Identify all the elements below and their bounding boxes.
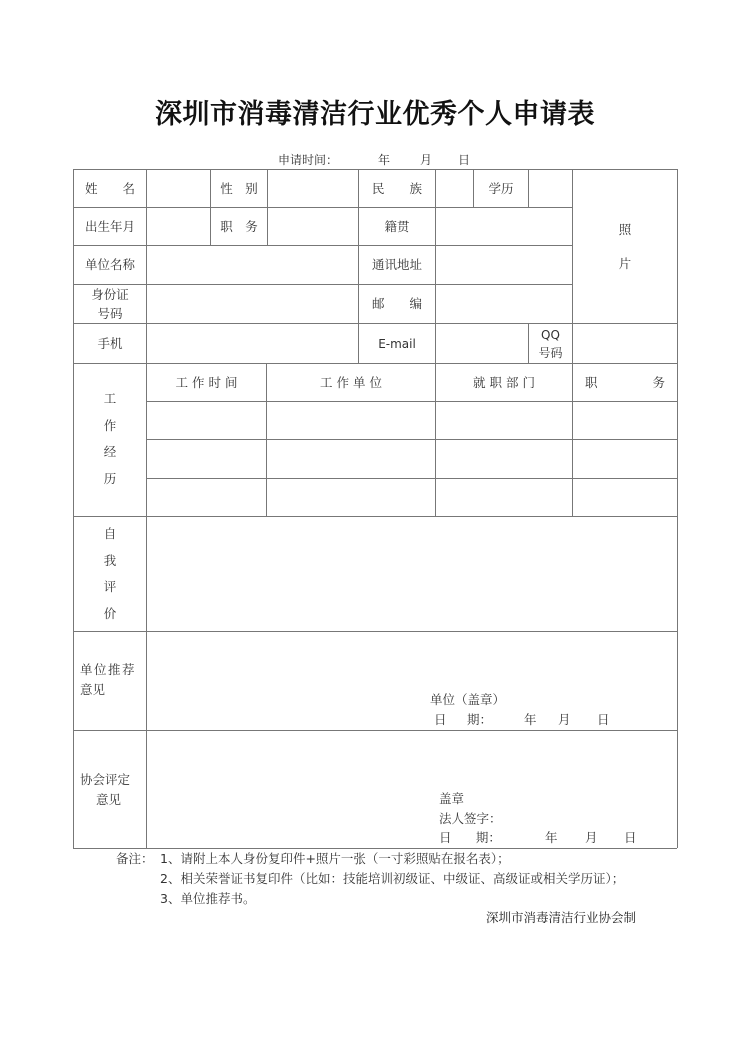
association-date-day: 日: [624, 828, 637, 848]
self-evaluation-field[interactable]: [147, 517, 677, 631]
id-number-label: 身份证 号码: [74, 285, 146, 323]
note-item-2: 2、相关荣誉证书复印件（比如：技能培训初级证、中级证、高级证或相关学历证）；: [160, 869, 624, 889]
email-label: E-mail: [359, 324, 435, 363]
unit-recommendation-label-2: 意见: [80, 680, 105, 700]
self-evaluation-label: 自 我 评 价: [74, 520, 146, 628]
col-header-position: 职 务: [573, 364, 677, 401]
col-header-work-unit: 工 作 单 位: [267, 364, 435, 401]
association-date-label: 日 期：: [439, 828, 501, 848]
name-label: 姓 名: [74, 170, 146, 207]
address-label: 通讯地址: [359, 246, 435, 284]
native-place-label: 籍贯: [359, 208, 435, 245]
qq-field[interactable]: [573, 324, 677, 363]
col-header-department: 就 职 部 门: [436, 364, 572, 401]
email-field[interactable]: [436, 324, 528, 363]
birth-field[interactable]: [147, 208, 210, 245]
native-place-field[interactable]: [436, 208, 572, 245]
association-date-month: 月: [585, 828, 598, 848]
postcode-field[interactable]: [436, 285, 572, 323]
work-row-3-unit[interactable]: [267, 479, 435, 516]
work-row-1-unit[interactable]: [267, 402, 435, 439]
work-row-1-position[interactable]: [573, 402, 677, 439]
postcode-label: 邮 编: [359, 285, 435, 323]
work-row-2-department[interactable]: [436, 440, 572, 478]
gender-field[interactable]: [268, 170, 358, 207]
unit-date-year: 年: [524, 710, 537, 730]
unit-date-month: 月: [558, 710, 571, 730]
table-border-right: [677, 169, 678, 848]
qq-label: QQ 号码: [529, 324, 572, 363]
gender-label: 性 别: [211, 170, 267, 207]
photo-box[interactable]: 照 片: [573, 170, 677, 323]
employer-label: 单位名称: [74, 246, 146, 284]
unit-recommendation-label-1: 单位推荐: [80, 660, 136, 680]
education-label: 学历: [474, 170, 528, 207]
note-item-3: 3、单位推荐书。: [160, 889, 255, 909]
photo-label-1: 照: [619, 213, 632, 247]
position-label: 职 务: [211, 208, 267, 245]
id-number-field[interactable]: [147, 285, 358, 323]
association-review-label-2: 意见: [96, 790, 121, 810]
address-field[interactable]: [436, 246, 572, 284]
education-field[interactable]: [529, 170, 572, 207]
notes-section: 备注： 1、请附上本人身份复印件+照片一张（一寸彩照贴在报名表）； 2、相关荣誉…: [116, 849, 624, 909]
issuer-footer: 深圳市消毒清洁行业协会制: [486, 908, 636, 926]
employer-field[interactable]: [147, 246, 358, 284]
mobile-field[interactable]: [147, 324, 358, 363]
name-field[interactable]: [147, 170, 210, 207]
unit-stamp-label: 单位（盖章）: [430, 690, 505, 710]
signature-label: 法人签字：: [439, 809, 502, 829]
birth-label: 出生年月: [74, 208, 146, 245]
unit-date-label: 日 期：: [434, 710, 492, 730]
note-item-1: 1、请附上本人身份复印件+照片一张（一寸彩照贴在报名表）；: [160, 849, 510, 869]
work-row-2-time[interactable]: [147, 440, 266, 478]
ethnicity-label: 民 族: [359, 170, 435, 207]
unit-date-day: 日: [597, 710, 610, 730]
work-row-1-time[interactable]: [147, 402, 266, 439]
work-row-2-position[interactable]: [573, 440, 677, 478]
photo-label-2: 片: [619, 247, 632, 281]
work-row-3-department[interactable]: [436, 479, 572, 516]
mobile-label: 手机: [74, 324, 146, 363]
position-field[interactable]: [268, 208, 358, 245]
association-review-label-1: 协会评定: [80, 770, 130, 790]
work-row-3-position[interactable]: [573, 479, 677, 516]
work-row-2-unit[interactable]: [267, 440, 435, 478]
ethnicity-field[interactable]: [436, 170, 473, 207]
association-date-year: 年: [545, 828, 558, 848]
association-stamp-label: 盖章: [439, 789, 464, 809]
col-header-work-time: 工 作 时 间: [147, 364, 266, 401]
work-history-label: 工 作 经 历: [74, 385, 146, 493]
work-row-1-department[interactable]: [436, 402, 572, 439]
work-row-3-time[interactable]: [147, 479, 266, 516]
notes-label: 备注：: [116, 849, 160, 869]
